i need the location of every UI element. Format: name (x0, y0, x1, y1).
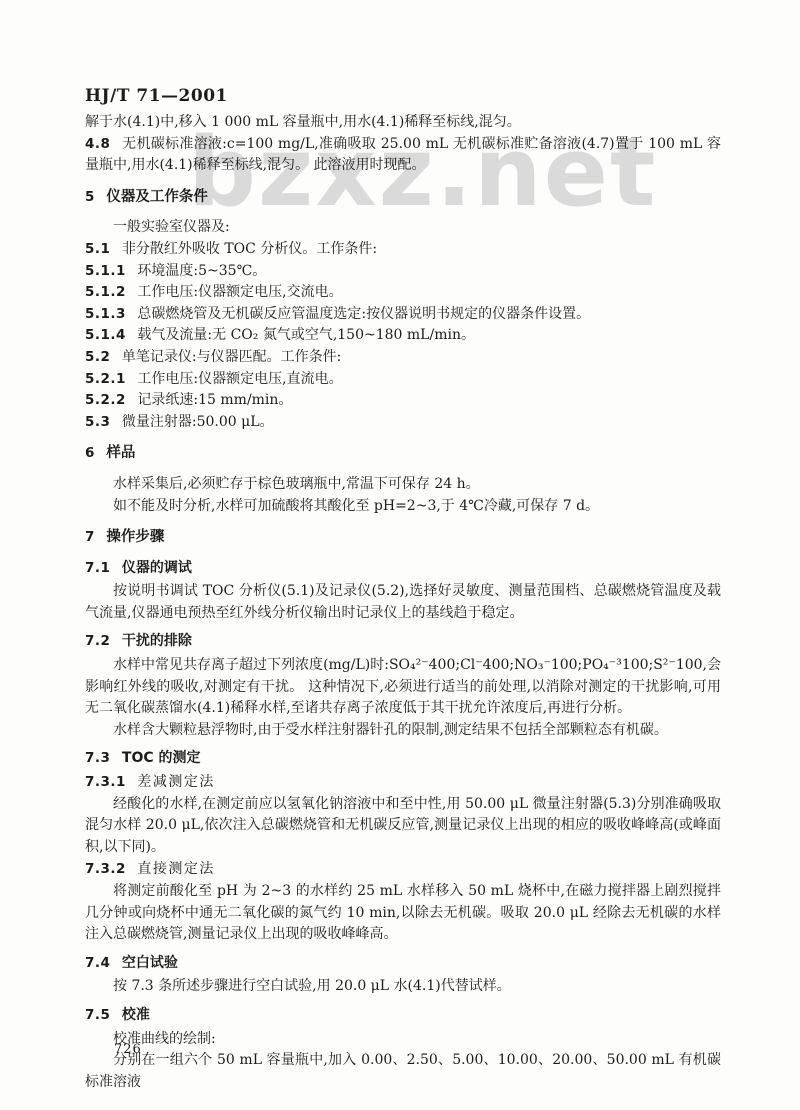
clause-number: 5 (85, 189, 95, 205)
paragraph: 如不能及时分析,水样可加硫酸将其酸化至 pH=2~3,于 4℃冷藏,可保存 7 … (85, 496, 721, 518)
clause-paragraph: 5.1非分散红外吸收 TOC 分析仪。工作条件: (85, 239, 721, 261)
paragraph-text: 如不能及时分析,水样可加硫酸将其酸化至 pH=2~3,于 4℃冷藏,可保存 7 … (113, 498, 599, 514)
paragraph: 经酸化的水样,在测定前应以氢氧化钠溶液中和至中性,用 50.00 μL 微量注射… (85, 794, 721, 859)
paragraph: 校准曲线的绘制: (85, 1029, 721, 1051)
paragraph: 按说明书调试 TOC 分析仪(5.1)及记录仪(5.2),选择好灵敏度、测量范围… (85, 581, 721, 624)
clause-paragraph: 5.1.4载气及流量:无 CO₂ 氮气或空气,150~180 mL/min。 (85, 325, 721, 347)
clause-text: 干扰的排除 (122, 633, 192, 649)
section-heading: 6样品 (85, 443, 721, 465)
paragraph: 解于水(4.1)中,移入 1 000 mL 容量瓶中,用水(4.1)稀释至标线,… (85, 112, 721, 134)
clause-paragraph: 5.3微量注射器:50.00 μL。 (85, 412, 721, 434)
clause-text: 环境温度:5~35℃。 (137, 263, 266, 279)
clause-number: 7.3.1 (85, 774, 126, 790)
paragraph: 水样含大颗粒悬浮物时,由于受水样注射器针孔的限制,测定结果不包括全部颗粒态有机碳… (85, 720, 721, 742)
paragraph-text: 将测定前酸化至 pH 为 2~3 的水样约 25 mL 水样移入 50 mL 烧… (85, 883, 721, 942)
clause-text: 直接测定法 (137, 861, 215, 877)
clause-heading: 7.3TOC 的测定 (85, 748, 721, 770)
clause-paragraph: 5.2单笔记录仪:与仪器匹配。工作条件: (85, 347, 721, 369)
clause-text: 无机碳标准溶液:c=100 mg/L,准确吸取 25.00 mL 无机碳标准贮备… (85, 136, 721, 174)
paragraph-text: 一般实验室仪器及: (113, 219, 230, 235)
document-page: bzxz.net HJ/T 71—2001 解于水(4.1)中,移入 1 000… (0, 0, 800, 1110)
clause-number: 7.1 (85, 560, 110, 576)
clause-text: 非分散红外吸收 TOC 分析仪。工作条件: (122, 241, 377, 257)
clause-paragraph: 5.2.1工作电压:仪器额定电压,直流电。 (85, 369, 721, 391)
paragraph: 水样采集后,必须贮存于棕色玻璃瓶中,常温下可保存 24 h。 (85, 474, 721, 496)
clause-text: 载气及流量:无 CO₂ 氮气或空气,150~180 mL/min。 (137, 327, 475, 343)
paragraph-text: 解于水(4.1)中,移入 1 000 mL 容量瓶中,用水(4.1)稀释至标线,… (85, 114, 521, 130)
clause-number: 5.1.3 (85, 306, 126, 322)
section-heading: 5仪器及工作条件 (85, 187, 721, 209)
clause-number: 4.8 (85, 136, 110, 152)
clause-number: 5.1.1 (85, 263, 126, 279)
clause-text: 操作步骤 (106, 529, 164, 545)
clause-text: 差减测定法 (137, 774, 215, 790)
paragraph: 一般实验室仪器及: (85, 217, 721, 239)
clause-text: 仪器的调试 (122, 560, 192, 576)
paragraph: 分别在一组六个 50 mL 容量瓶中,加入 0.00、2.50、5.00、10.… (85, 1050, 721, 1093)
clause-number: 6 (85, 445, 95, 461)
clause-text: 仪器及工作条件 (106, 189, 208, 205)
clause-text: 微量注射器:50.00 μL。 (122, 414, 274, 430)
clause-text: 工作电压:仪器额定电压,交流电。 (137, 284, 342, 300)
clause-text: 记录纸速:15 mm/min。 (137, 392, 292, 408)
paragraph-text: 水样含大颗粒悬浮物时,由于受水样注射器针孔的限制,测定结果不包括全部颗粒态有机碳… (113, 722, 668, 738)
clause-paragraph: 5.1.2工作电压:仪器额定电压,交流电。 (85, 282, 721, 304)
clause-number: 7 (85, 529, 95, 545)
paragraph-text: 水样中常见共存离子超过下列浓度(mg/L)时:SO₄²⁻400;Cl⁻400;N… (85, 657, 721, 716)
clause-number: 7.3.2 (85, 861, 126, 877)
clause-number: 7.4 (85, 955, 110, 971)
clause-text: 工作电压:仪器额定电压,直流电。 (137, 371, 342, 387)
clause-text: 校准 (122, 1007, 150, 1023)
clause-text: 单笔记录仪:与仪器匹配。工作条件: (122, 349, 341, 365)
clause-text: 样品 (106, 445, 135, 461)
paragraph-text: 分别在一组六个 50 mL 容量瓶中,加入 0.00、2.50、5.00、10.… (85, 1052, 721, 1090)
paragraph: 将测定前酸化至 pH 为 2~3 的水样约 25 mL 水样移入 50 mL 烧… (85, 881, 721, 946)
clause-number: 7.5 (85, 1007, 110, 1023)
clause-number: 5.2.1 (85, 371, 126, 387)
clause-number: 5.1.2 (85, 284, 126, 300)
clause-number: 7.2 (85, 633, 110, 649)
clause-heading: 7.3.1差减测定法 (85, 772, 721, 794)
paragraph-text: 水样采集后,必须贮存于棕色玻璃瓶中,常温下可保存 24 h。 (113, 476, 480, 492)
clause-number: 5.2.2 (85, 392, 126, 408)
paragraph: 水样中常见共存离子超过下列浓度(mg/L)时:SO₄²⁻400;Cl⁻400;N… (85, 655, 721, 720)
paragraph: 按 7.3 条所述步骤进行空白试验,用 20.0 μL 水(4.1)代替试样。 (85, 976, 721, 998)
clause-heading: 7.4空白试验 (85, 953, 721, 975)
clause-paragraph: 5.1.3总碳燃烧管及无机碳反应管温度选定:按仪器说明书规定的仪器条件设置。 (85, 304, 721, 326)
paragraph-text: 按 7.3 条所述步骤进行空白试验,用 20.0 μL 水(4.1)代替试样。 (113, 978, 511, 994)
clause-text: 空白试验 (122, 955, 178, 971)
paragraph-text: 按说明书调试 TOC 分析仪(5.1)及记录仪(5.2),选择好灵敏度、测量范围… (85, 583, 721, 621)
clause-number: 5.1 (85, 241, 110, 257)
clause-number: 5.1.4 (85, 327, 126, 343)
section-heading: 7操作步骤 (85, 527, 721, 549)
page-number: 726 (114, 1042, 142, 1057)
clause-paragraph: 4.8无机碳标准溶液:c=100 mg/L,准确吸取 25.00 mL 无机碳标… (85, 134, 721, 177)
clause-heading: 7.3.2直接测定法 (85, 859, 721, 881)
standard-number: HJ/T 71—2001 (85, 86, 228, 106)
clause-paragraph: 5.1.1环境温度:5~35℃。 (85, 261, 721, 283)
clause-heading: 7.5校准 (85, 1005, 721, 1027)
clause-text: TOC 的测定 (122, 750, 201, 766)
clause-number: 5.3 (85, 414, 110, 430)
clause-paragraph: 5.2.2记录纸速:15 mm/min。 (85, 390, 721, 412)
clause-heading: 7.1仪器的调试 (85, 558, 721, 580)
paragraph-text: 经酸化的水样,在测定前应以氢氧化钠溶液中和至中性,用 50.00 μL 微量注射… (85, 796, 721, 855)
document-body: 解于水(4.1)中,移入 1 000 mL 容量瓶中,用水(4.1)稀释至标线,… (85, 112, 721, 1093)
clause-number: 7.3 (85, 750, 110, 766)
clause-number: 5.2 (85, 349, 110, 365)
clause-heading: 7.2干扰的排除 (85, 631, 721, 653)
clause-text: 总碳燃烧管及无机碳反应管温度选定:按仪器说明书规定的仪器条件设置。 (137, 306, 590, 322)
